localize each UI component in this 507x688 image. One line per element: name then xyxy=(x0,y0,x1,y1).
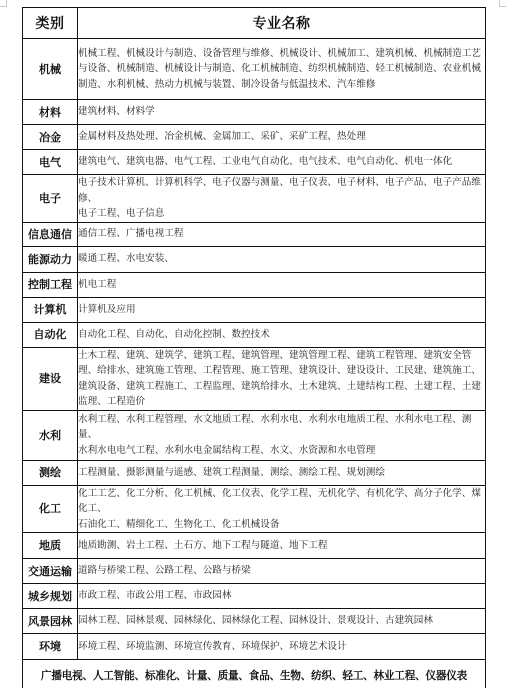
major-names-cell: 自动化工程、自动化、自动化控制、数控技术 xyxy=(78,322,486,347)
major-names-cell: 金属材料及热处理、冶金机械、金属加工、采矿、采矿工程、热处理 xyxy=(78,125,486,150)
major-names-line: 化工工艺、化工分析、化工机械、化工仪表、化学工程、无机化学、有机化学、高分子化学… xyxy=(78,486,485,517)
category-cell: 自动化 xyxy=(23,322,78,347)
major-names-cell: 园林工程、园林景观、园林绿化、园林绿化工程、园林设计、景观设计、古建筑园林 xyxy=(78,609,486,634)
category-cell: 材料 xyxy=(23,100,78,125)
major-names-line: 地质勘测、岩土工程、土石方、地下工程与隧道、地下工程 xyxy=(78,538,485,554)
major-names-cell: 水利工程、水利工程管理、水文地质工程、水利水电、水利水电地质工程、水利水电工程、… xyxy=(78,410,486,460)
category-cell: 建设 xyxy=(23,347,78,410)
category-cell: 能源动力 xyxy=(23,246,78,272)
major-names-cell: 土木工程、建筑、建筑学、建筑工程、建筑管理、建筑管理工程、建筑工程管理、建筑安全… xyxy=(78,347,486,410)
table-row: 信息通信通信工程、广播电视工程 xyxy=(23,222,486,246)
table-row: 环境环境工程、环境监测、环境宣传教育、环境保护、环境艺术设计 xyxy=(23,634,486,660)
major-names-line: 水利水电电气工程、水利水电金属结构工程、水文、水资源和水电管理 xyxy=(78,443,485,459)
table-row: 自动化自动化工程、自动化、自动化控制、数控技术 xyxy=(23,322,486,347)
table-row: 测绘工程测量、摄影测量与遥感、建筑工程测量、测绘、测绘工程、规划测绘 xyxy=(23,460,486,485)
category-cell: 水利 xyxy=(23,410,78,460)
table-row: 能源动力暖通工程、水电安装、 xyxy=(23,246,486,272)
table-row: 控制工程机电工程 xyxy=(23,272,486,297)
header-major-names: 专业名称 xyxy=(78,8,486,39)
major-names-line: 计算机及应用 xyxy=(78,302,485,318)
major-names-cell: 建筑电气、建筑电器、电气工程、工业电气自动化、电气技术、电气自动化、机电一体化 xyxy=(78,150,486,175)
category-cell: 地质 xyxy=(23,533,78,559)
category-cell: 电气 xyxy=(23,150,78,175)
major-names-line: 自动化工程、自动化、自动化控制、数控技术 xyxy=(78,327,485,343)
major-names-cell: 机电工程 xyxy=(78,272,486,297)
major-names-cell: 道路与桥梁工程、公路工程、公路与桥梁 xyxy=(78,559,486,584)
major-names-line: 建筑材料、材料学 xyxy=(78,104,485,120)
category-cell: 信息通信 xyxy=(23,222,78,246)
major-names-cell: 计算机及应用 xyxy=(78,297,486,322)
major-names-cell: 电子技术计算机、计算机科学、电子仪器与测量、电子仪表、电子材料、电子产品、电子产… xyxy=(78,175,486,223)
major-names-cell: 环境工程、环境监测、环境宣传教育、环境保护、环境艺术设计 xyxy=(78,634,486,660)
category-cell: 机械 xyxy=(23,39,78,100)
category-cell: 环境 xyxy=(23,634,78,660)
major-names-line: 水利工程、水利工程管理、水文地质工程、水利水电、水利水电地质工程、水利水电工程、… xyxy=(78,412,485,443)
major-names-line: 石油化工、精细化工、生物化工、化工机械设备 xyxy=(78,517,485,533)
major-names-line: 环境工程、环境监测、环境宣传教育、环境保护、环境艺术设计 xyxy=(78,639,485,655)
table-row: 交通运输道路与桥梁工程、公路工程、公路与桥梁 xyxy=(23,559,486,584)
major-names-cell: 市政工程、市政公用工程、市政园林 xyxy=(78,584,486,609)
table-row: 电气建筑电气、建筑电器、电气工程、工业电气自动化、电气技术、电气自动化、机电一体… xyxy=(23,150,486,175)
table-row: 计算机计算机及应用 xyxy=(23,297,486,322)
major-names-line: 通信工程、广播电视工程 xyxy=(78,226,485,242)
major-names-cell: 地质勘测、岩土工程、土石方、地下工程与隧道、地下工程 xyxy=(78,533,486,559)
major-names-line: 电子工程、电子信息 xyxy=(78,206,485,222)
table-body: 机械机械工程、机械设计与制造、设备管理与维修、机械设计、机械加工、建筑机械、机械… xyxy=(23,39,486,688)
table-row: 材料建筑材料、材料学 xyxy=(23,100,486,125)
table-row: 风景园林园林工程、园林景观、园林绿化、园林绿化工程、园林设计、景观设计、古建筑园… xyxy=(23,609,486,634)
majors-table: 类别 专业名称 机械机械工程、机械设计与制造、设备管理与维修、机械设计、机械加工… xyxy=(22,7,486,688)
category-cell: 风景园林 xyxy=(23,609,78,634)
category-cell: 城乡规划 xyxy=(23,584,78,609)
table-row: 建设土木工程、建筑、建筑学、建筑工程、建筑管理、建筑管理工程、建筑工程管理、建筑… xyxy=(23,347,486,410)
major-names-line: 工程测量、摄影测量与遥感、建筑工程测量、测绘、测绘工程、规划测绘 xyxy=(78,465,485,481)
table-row: 地质地质勘测、岩土工程、土石方、地下工程与隧道、地下工程 xyxy=(23,533,486,559)
major-names-line: 道路与桥梁工程、公路工程、公路与桥梁 xyxy=(78,563,485,579)
table-row: 水利水利工程、水利工程管理、水文地质工程、水利水电、水利水电地质工程、水利水电工… xyxy=(23,410,486,460)
major-names-line: 园林工程、园林景观、园林绿化、园林绿化工程、园林设计、景观设计、古建筑园林 xyxy=(78,613,485,629)
major-names-line: 机电工程 xyxy=(78,277,485,293)
table-header-row: 类别 专业名称 xyxy=(23,8,486,39)
table-row: 冶金金属材料及热处理、冶金机械、金属加工、采矿、采矿工程、热处理 xyxy=(23,125,486,150)
table-row: 电子电子技术计算机、计算机科学、电子仪器与测量、电子仪表、电子材料、电子产品、电… xyxy=(23,175,486,223)
major-names-line: 机械工程、机械设计与制造、设备管理与维修、机械设计、机械加工、建筑机械、机械制造… xyxy=(78,46,485,93)
major-names-line: 土木工程、建筑、建筑学、建筑工程、建筑管理、建筑管理工程、建筑工程管理、建筑安全… xyxy=(78,348,485,410)
page-corner-mark-top-left xyxy=(0,0,7,7)
category-cell: 控制工程 xyxy=(23,272,78,297)
header-category: 类别 xyxy=(23,8,78,39)
major-names-line: 金属材料及热处理、冶金机械、金属加工、采矿、采矿工程、热处理 xyxy=(78,129,485,145)
table-row: 化工化工工艺、化工分析、化工机械、化工仪表、化学工程、无机化学、有机化学、高分子… xyxy=(23,485,486,533)
category-cell: 化工 xyxy=(23,485,78,533)
major-names-cell: 建筑材料、材料学 xyxy=(78,100,486,125)
category-cell: 电子 xyxy=(23,175,78,223)
major-names-line: 暖通工程、水电安装、 xyxy=(78,251,485,267)
major-names-cell: 通信工程、广播电视工程 xyxy=(78,222,486,246)
category-cell: 计算机 xyxy=(23,297,78,322)
category-cell: 冶金 xyxy=(23,125,78,150)
table-row: 城乡规划市政工程、市政公用工程、市政园林 xyxy=(23,584,486,609)
page-corner-mark-top-right xyxy=(499,0,506,7)
major-names-line: 市政工程、市政公用工程、市政园林 xyxy=(78,588,485,604)
category-cell: 测绘 xyxy=(23,460,78,485)
table-row: 机械机械工程、机械设计与制造、设备管理与维修、机械设计、机械加工、建筑机械、机械… xyxy=(23,39,486,100)
major-names-cell: 暖通工程、水电安装、 xyxy=(78,246,486,272)
major-names-cell: 工程测量、摄影测量与遥感、建筑工程测量、测绘、测绘工程、规划测绘 xyxy=(78,460,486,485)
major-names-cell: 机械工程、机械设计与制造、设备管理与维修、机械设计、机械加工、建筑机械、机械制造… xyxy=(78,39,486,100)
other-categories-cell: 广播电视、人工智能、标准化、计量、质量、食品、生物、纺织、轻工、林业工程、仪器仪… xyxy=(23,660,486,688)
major-names-line: 电子技术计算机、计算机科学、电子仪器与测量、电子仪表、电子材料、电子产品、电子产… xyxy=(78,175,485,206)
table-footer-row: 广播电视、人工智能、标准化、计量、质量、食品、生物、纺织、轻工、林业工程、仪器仪… xyxy=(23,660,486,688)
major-names-cell: 化工工艺、化工分析、化工机械、化工仪表、化学工程、无机化学、有机化学、高分子化学… xyxy=(78,485,486,533)
major-names-line: 建筑电气、建筑电器、电气工程、工业电气自动化、电气技术、电气自动化、机电一体化 xyxy=(78,154,485,170)
category-cell: 交通运输 xyxy=(23,559,78,584)
